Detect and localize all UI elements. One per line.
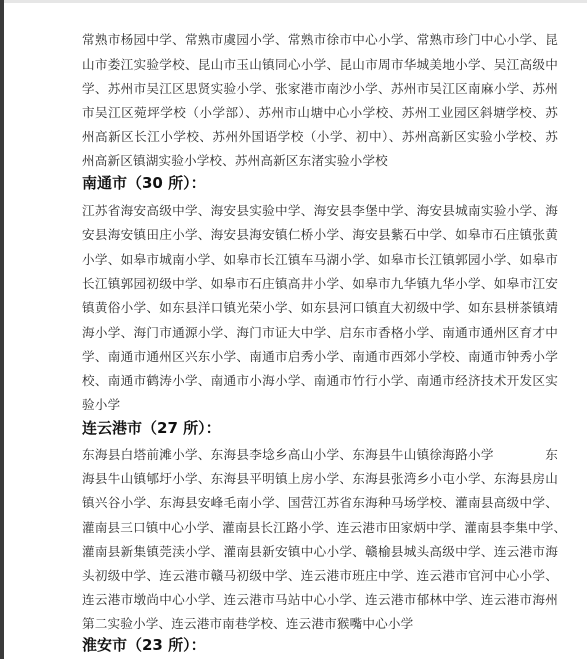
text-line: 州高新区镇湖实验小学校、苏州高新区东渚实验小学校 [82, 153, 558, 169]
text-line: 验小学 [82, 397, 558, 413]
text-line: 海小学、海门市通源小学、海门市证大中学、启东市香格小学、南通市通州区育才中 [82, 325, 558, 341]
text-line: 江苏省海安高级中学、海安县实验中学、海安县李堡中学、海安县城南实验小学、海 [82, 203, 558, 219]
text-line: 海县牛山镇郇圩小学、东海县平明镇上房小学、东海县张湾乡小屯小学、东海县房山 [82, 471, 558, 487]
text-line: 镇黄俗小学、如东县洋口镇光荣小学、如东县河口镇直大初级中学、如东县栟茶镇靖 [82, 300, 558, 316]
text-line: 灌南县三口镇中心小学、灌南县长江路小学、连云港市田家炳中学、灌南县李集中学、 [82, 520, 558, 536]
text-line: 州高新区长江小学校、苏州外国语学校（小学、初中）、苏州高新区实验小学校、苏 [82, 129, 558, 145]
text-line: 镇兴谷小学、东海县安峰毛南小学、国营江苏省东海种马场学校、灌南县高级中学、 [82, 495, 558, 511]
viewer-left-border [0, 0, 4, 659]
text-line: 山市娄江实验学校、昆山市玉山镇同心小学、昆山市周市华城美地小学、吴江高级中 [82, 57, 558, 73]
text-line: 东海县白塔前滩小学、东海县李埝乡高山小学、东海县牛山镇徐海路小学 东 [82, 447, 558, 463]
text-line: 安县海安镇田庄小学、海安县海安镇仁桥小学、海安县紫石中学、如皋市石庄镇张黄 [82, 227, 558, 243]
text-line: 第二实验小学、连云港市南巷学校、连云港市猴嘴中心小学 [82, 616, 558, 632]
section-heading-nantong: 南通市（30 所）： [82, 172, 206, 193]
text-line: 学、苏州市吴江区思贤实验小学、张家港市南沙小学、苏州市吴江区南麻小学、苏州 [82, 81, 558, 97]
text-line: 长江镇郭园初级中学、如皋市石庄镇高井小学、如皋市九华镇九华小学、如皋市江安 [82, 276, 558, 292]
text-line: 连云港市墩尚中心小学、连云港市马站中心小学、连云港市郁林中学、连云港市海州 [82, 592, 558, 608]
text-line: 校、南通市鹤涛小学、南通市小海小学、南通市竹行小学、南通市经济技术开发区实 [82, 373, 558, 389]
section-heading-huaian: 淮安市（23 所）： [82, 634, 206, 655]
text-line: 常熟市杨园中学、常熟市虞园小学、常熟市徐市中心小学、常熟市珍门中心小学、昆 [82, 32, 558, 48]
text-line: 头初级中学、连云港市赣马初级中学、连云港市班庄中学、连云港市官河中心小学、 [82, 568, 558, 584]
section-heading-lianyungang: 连云港市（27 所）： [82, 417, 221, 438]
text-line: 学、南通市通州区兴东小学、南通市启秀小学、南通市西郊小学校、南通市钟秀小学 [82, 349, 558, 365]
viewer-top-border [4, 0, 587, 3]
text-line: 市吴江区菀坪学校（小学部）、苏州市山塘中心小学校、苏州工业园区斜塘学校、苏 [82, 105, 558, 121]
text-line: 灌南县新集镇莞渎小学、灌南县新安镇中心小学、赣榆县城头高级中学、连云港市海 [82, 544, 558, 560]
text-line: 小学、如皋市城南小学、如皋市长江镇车马湖小学、如皋市长江镇郭园小学、如皋市 [82, 252, 558, 268]
